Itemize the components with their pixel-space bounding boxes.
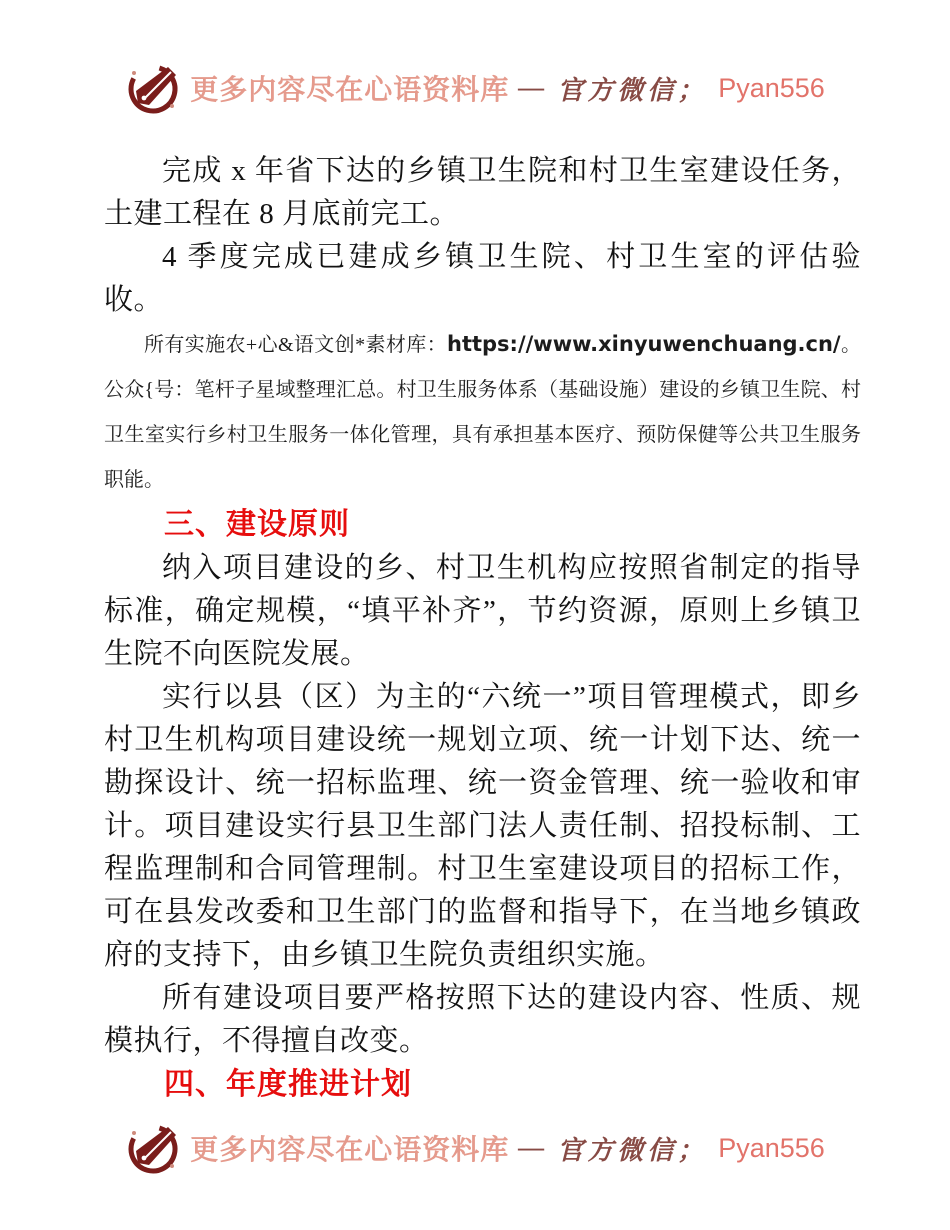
heading-section-three: 三、建设原则 xyxy=(104,503,861,547)
watermark-separator: — xyxy=(518,73,548,103)
pen-circle-logo-icon xyxy=(125,60,181,116)
paragraph-task: 完成 x 年省下达的乡镇卫生院和村卫生室建设任务，土建工程在 8 月底前完工。 xyxy=(104,150,861,236)
paragraph-principle-3: 所有建设项目要严格按照下达的建设内容、性质、规模执行，不得擅自改变。 xyxy=(104,977,861,1063)
heading-section-four: 四、年度推进计划 xyxy=(104,1063,861,1107)
watermark-brand-text: 更多内容尽在心语资料库 xyxy=(190,68,509,108)
watermark-account: Pyan556 xyxy=(718,73,825,104)
watermark-label-text: 官方微信； xyxy=(557,1130,707,1167)
paragraph-q4: 4 季度完成已建成乡镇卫生院、村卫生室的评估验收。 xyxy=(104,236,861,322)
watermark-separator: — xyxy=(518,1133,548,1163)
header-watermark: 更多内容尽在心语资料库—官方微信； Pyan556 xyxy=(0,60,950,116)
document-page: 更多内容尽在心语资料库—官方微信； Pyan556 完成 x 年省下达的乡镇卫生… xyxy=(0,0,950,1230)
note-prefix: 所有实施农+心&语文创*素材库： xyxy=(144,334,447,356)
watermark-account: Pyan556 xyxy=(718,1133,825,1164)
note-url: https://www.xinyuwenchuang.cn/ xyxy=(447,332,841,356)
document-content: 完成 x 年省下达的乡镇卫生院和村卫生室建设任务，土建工程在 8 月底前完工。 … xyxy=(104,150,861,1107)
pen-circle-logo-icon xyxy=(125,1120,181,1176)
paragraph-principle-2: 实行以县（区）为主的“六统一”项目管理模式，即乡村卫生机构项目建设统一规划立项、… xyxy=(104,676,861,977)
watermark-brand-text: 更多内容尽在心语资料库 xyxy=(190,1128,509,1168)
footer-watermark: 更多内容尽在心语资料库—官方微信； Pyan556 xyxy=(0,1120,950,1176)
paragraph-principle-1: 纳入项目建设的乡、村卫生机构应按照省制定的指导标准，确定规模，“填平补齐”，节约… xyxy=(104,547,861,676)
note-suffix: 。公众{号：笔杆子星域整理汇总。村卫生服务体系（基础设施）建设的乡镇卫生院、村卫… xyxy=(104,334,861,491)
paragraph-note: 所有实施农+心&语文创*素材库：https://www.xinyuwenchua… xyxy=(104,322,861,503)
watermark-label-text: 官方微信； xyxy=(557,70,707,107)
